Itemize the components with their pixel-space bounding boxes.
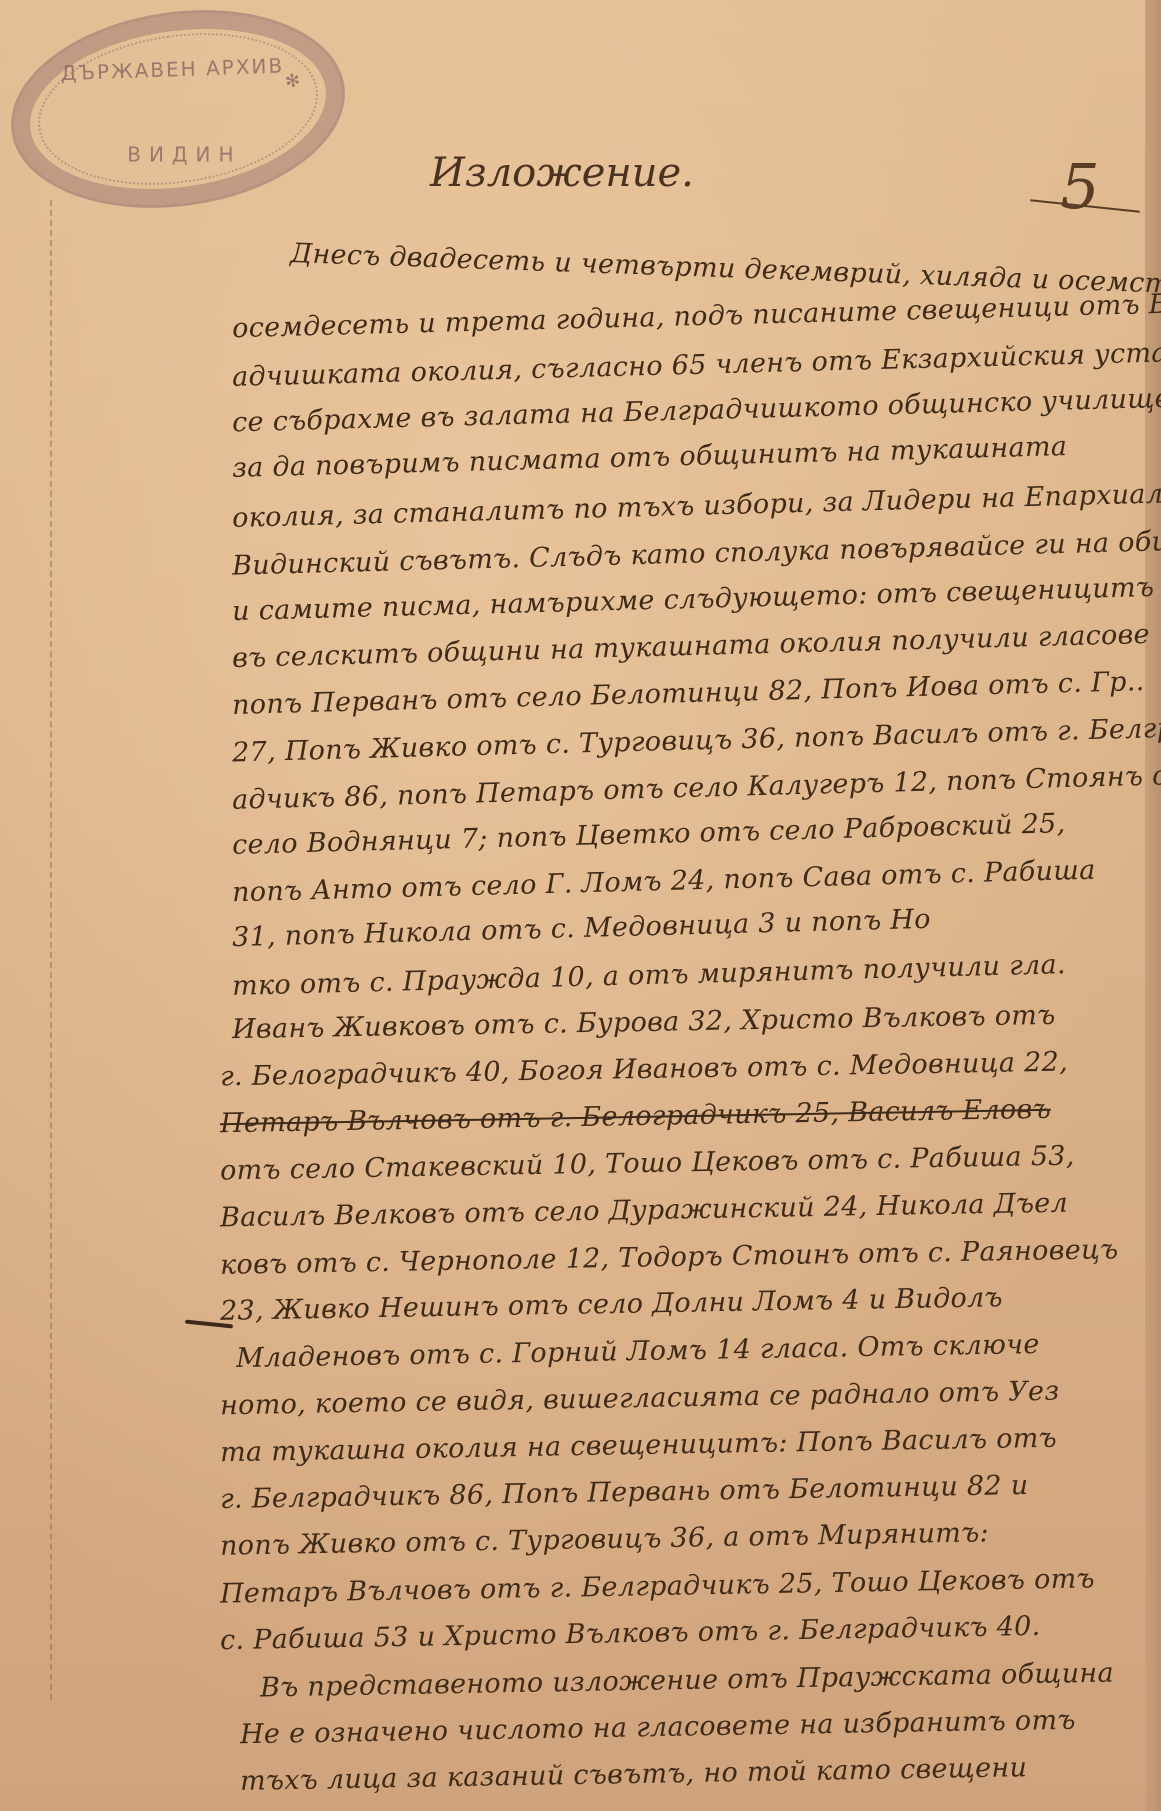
- document-title: Изложение.: [430, 150, 694, 196]
- stamp-meander-border: [28, 16, 328, 202]
- stamp-bottom-text: ВИДИН: [19, 143, 349, 167]
- text-line: въ селскитъ общини на тукашната околия п…: [232, 619, 1151, 674]
- text-line: ковъ отъ с. Чернополе 12, Тодоръ Стоинъ …: [220, 1234, 1119, 1281]
- text-line: та тукашна околия на свещеницитъ: Попъ В…: [220, 1423, 1057, 1469]
- text-line: ното, което се видя, вишегласията се рад…: [220, 1376, 1060, 1422]
- text-line: се събрахме въ залата на Белградчишкото …: [232, 383, 1161, 439]
- text-line: попъ Живко отъ с. Турговицъ 36, а отъ Ми…: [220, 1517, 989, 1561]
- text-line: 27, Попъ Живко отъ с. Турговицъ 36, попъ…: [232, 713, 1161, 769]
- text-line: Петаръ Вълчовъ отъ г. Белградчикъ 25, То…: [220, 1563, 1095, 1609]
- text-line: Видинский съвътъ. Слъдъ като сполука пов…: [232, 523, 1161, 581]
- text-line: г. Белградчикъ 86, Попъ Первань отъ Бело…: [220, 1470, 1029, 1515]
- text-line: Въ представеното изложение отъ Праужскат…: [260, 1658, 1114, 1704]
- text-line: с. Рабиша 53 и Христо Вълковъ отъ г. Бел…: [220, 1611, 1041, 1656]
- text-line: за да повъримъ писмата отъ общинитъ на т…: [232, 431, 1068, 484]
- stamp-star-icon: ✻: [284, 70, 302, 93]
- document-page: ДЪРЖАВЕН АРХИВ ✻ ВИДИН 5 Изложение. Днес…: [0, 0, 1161, 1811]
- text-line: село Воднянци 7; попъ Цветко отъ село Ра…: [232, 808, 1066, 861]
- page-fold-line: [50, 200, 55, 1700]
- text-line: Василъ Велковъ отъ село Дуражинский 24, …: [220, 1188, 1068, 1234]
- text-line: адчишката околия, съгласно 65 членъ отъ …: [232, 334, 1161, 393]
- text-line: Младеновъ отъ с. Горний Ломъ 14 гласа. О…: [236, 1329, 1040, 1374]
- text-line: 23, Живко Нешинъ отъ село Долни Ломъ 4 и…: [220, 1282, 1003, 1327]
- text-line: попъ Анто отъ село Г. Ломъ 24, попъ Сава…: [232, 855, 1096, 909]
- text-line: и самите писма, намърихме слъдующето: от…: [232, 572, 1155, 627]
- text-line: 31, попъ Никола отъ с. Медовница 3 и поп…: [232, 904, 931, 953]
- struck-text-line: Петаръ Вълчовъ отъ г. Белоградчикъ 25, В…: [220, 1094, 1051, 1139]
- archive-stamp: ДЪРЖАВЕН АРХИВ ✻ ВИДИН: [0, 0, 358, 228]
- text-line: осемдесеть и трета година, подъ писаните…: [232, 287, 1161, 344]
- folio-number: 5: [1025, 150, 1135, 240]
- text-line: попъ Перванъ отъ село Белотинци 82, Попъ…: [232, 666, 1145, 721]
- text-line: околия, за станалитъ по тъхъ избори, за …: [232, 477, 1161, 534]
- text-line: адчикъ 86, попъ Петаръ отъ село Калугеръ…: [232, 759, 1161, 816]
- text-line: г. Белоградчикъ 40, Богоя Ивановъ отъ с.…: [220, 1047, 1068, 1093]
- text-line: тко отъ с. Праужда 10, а отъ мирянитъ по…: [232, 949, 1066, 1002]
- text-line: тъхъ лица за казаний съвътъ, но той като…: [240, 1752, 1028, 1797]
- text-line: Не е означено числото на гласовете на из…: [240, 1705, 1076, 1751]
- text-line: отъ село Стакевский 10, Тошо Цековъ отъ …: [220, 1141, 1075, 1187]
- text-line: Иванъ Живковъ отъ с. Бурова 32, Христо В…: [232, 1000, 1056, 1045]
